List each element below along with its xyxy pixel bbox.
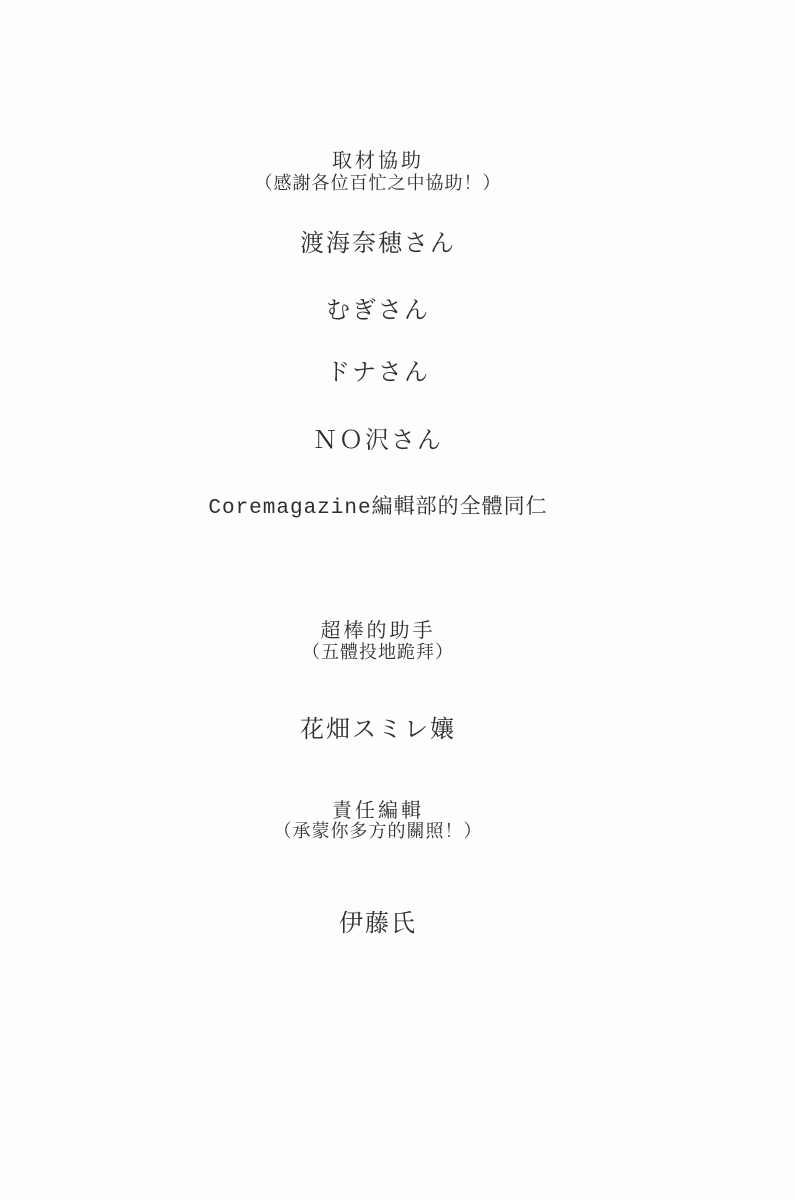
interview-support-name: ドナさん	[0, 360, 756, 384]
assistant-heading: 超棒的助手	[0, 620, 756, 640]
interview-support-heading: 取材協助	[0, 150, 756, 170]
assistant-name: 花畑スミレ孃	[0, 717, 756, 741]
credits-page: 取材協助 （感謝各位百忙之中協助！） 渡海奈穂さん むぎさん ドナさん ＮＯ沢さ…	[0, 0, 795, 1200]
interview-support-name: Coremagazine編輯部的全體同仁	[0, 498, 756, 519]
interview-support-note: （感謝各位百忙之中協助！）	[0, 175, 756, 193]
interview-support-name: 渡海奈穂さん	[0, 231, 756, 255]
editor-note: （承蒙你多方的關照！）	[0, 823, 756, 841]
interview-support-name: むぎさん	[0, 298, 756, 322]
editor-heading: 責任編輯	[0, 800, 756, 820]
editor-name: 伊藤氏	[0, 911, 756, 935]
interview-support-name: ＮＯ沢さん	[0, 428, 756, 452]
assistant-note: （五體投地跪拜）	[0, 644, 756, 662]
